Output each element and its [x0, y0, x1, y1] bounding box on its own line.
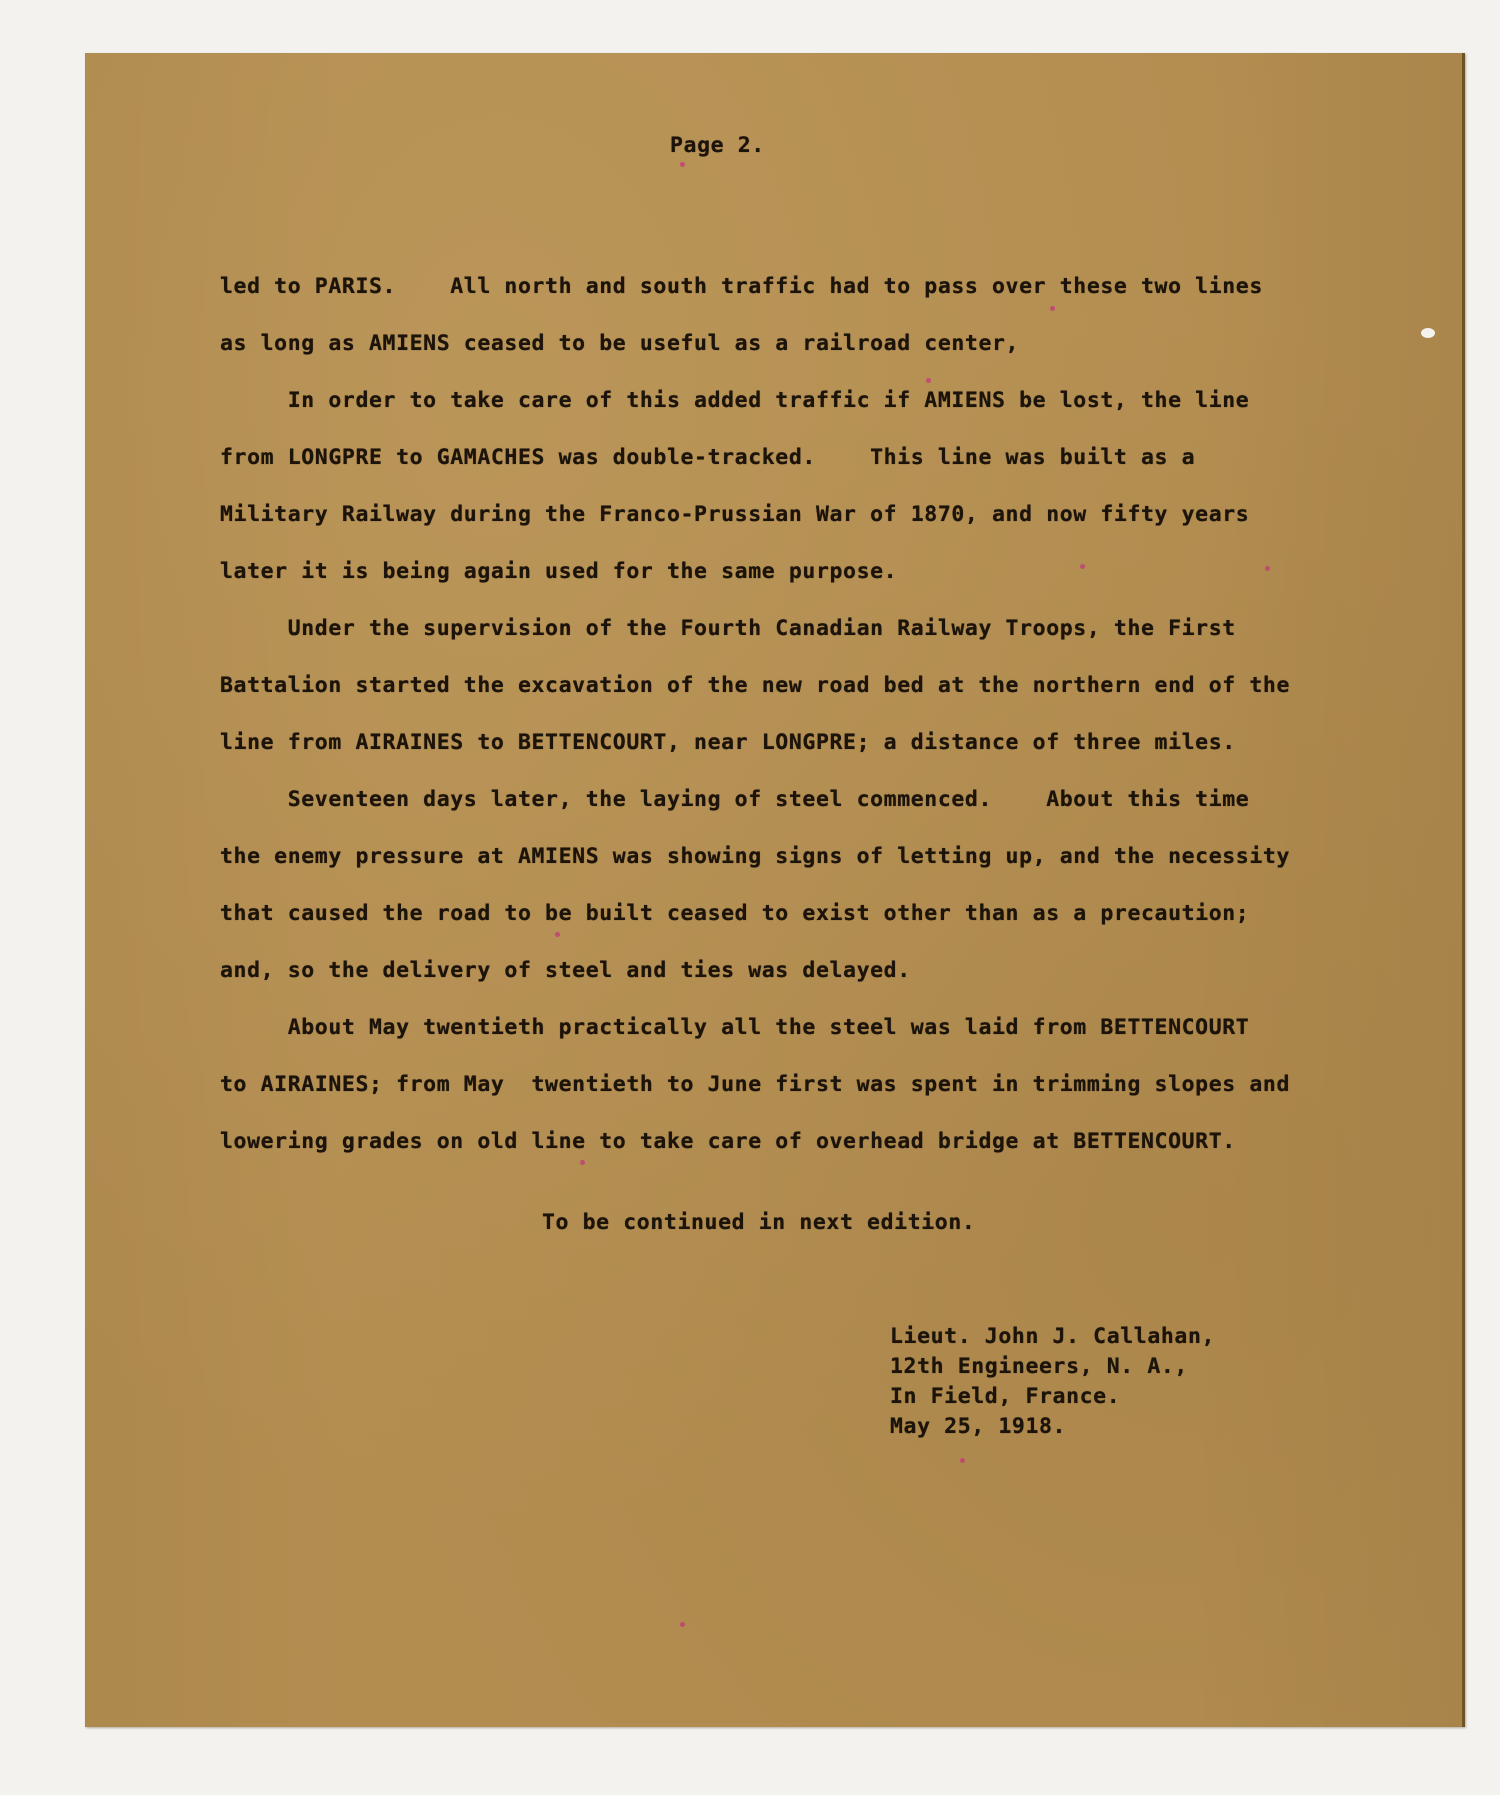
signature-location: In Field, France. — [890, 1382, 1120, 1412]
ink-speck — [926, 378, 931, 383]
ink-speck — [580, 1160, 585, 1165]
body-line: led to PARIS. All north and south traffi… — [220, 274, 1263, 299]
ink-speck — [1080, 564, 1085, 569]
body-line: lowering grades on old line to take care… — [220, 1129, 1236, 1154]
body-line: Battalion started the excavation of the … — [220, 673, 1290, 698]
body-line: Under the supervision of the Fourth Cana… — [220, 616, 1236, 641]
body-line: the enemy pressure at AMIENS was showing… — [220, 844, 1290, 869]
body-line: later it is being again used for the sam… — [220, 559, 897, 584]
body-line: and, so the delivery of steel and ties w… — [220, 958, 911, 983]
paper-hole — [1421, 328, 1435, 338]
body-line: About May twentieth practically all the … — [220, 1015, 1249, 1040]
body-line: Seventeen days later, the laying of stee… — [220, 787, 1249, 812]
ink-speck — [960, 1458, 965, 1463]
body-line: In order to take care of this added traf… — [220, 388, 1249, 413]
body-line: as long as AMIENS ceased to be useful as… — [220, 331, 1019, 356]
closing-note: To be continued in next edition. — [542, 1210, 975, 1235]
signature-unit: 12th Engineers, N. A., — [890, 1352, 1188, 1382]
ink-speck — [680, 1622, 685, 1627]
ink-speck — [555, 932, 560, 937]
signature-name: Lieut. John J. Callahan, — [890, 1322, 1215, 1352]
ink-speck — [1265, 566, 1270, 571]
body-line: Military Railway during the Franco-Pruss… — [220, 502, 1249, 527]
document-page — [85, 53, 1465, 1727]
ink-speck — [680, 162, 685, 167]
body-line: from LONGPRE to GAMACHES was double-trac… — [220, 445, 1195, 470]
body-line: to AIRAINES; from May twentieth to June … — [220, 1072, 1290, 1097]
page-number: Page 2. — [670, 133, 765, 158]
body-line: line from AIRAINES to BETTENCOURT, near … — [220, 730, 1236, 755]
ink-speck — [1050, 306, 1055, 311]
body-line: that caused the road to be built ceased … — [220, 901, 1249, 926]
signature-date: May 25, 1918. — [890, 1412, 1066, 1442]
